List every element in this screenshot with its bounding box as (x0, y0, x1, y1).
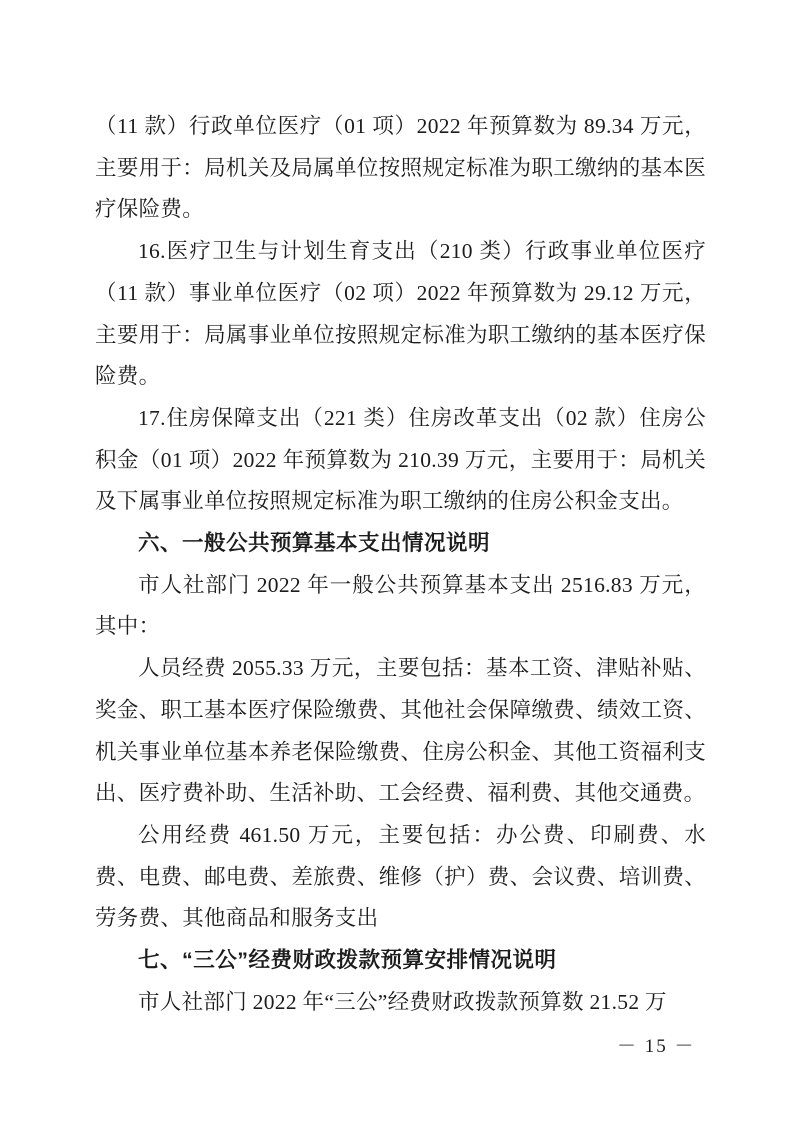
heading-section-7-three-public-funds: 七、“三公”经费财政拨款预算安排情况说明 (95, 940, 706, 982)
para-item16-medical-expenditure: 16.医疗卫生与计划生育支出（210 类）行政事业单位医疗（11 款）事业单位医… (95, 231, 706, 398)
document-body: （11 款）行政单位医疗（01 项）2022 年预算数为 89.34 万元，主要… (95, 106, 706, 1023)
para-item17-housing-expenditure: 17.住房保障支出（221 类）住房改革支出（02 款）住房公积金（01 项）2… (95, 398, 706, 523)
para-public-operating-funds: 公用经费 461.50 万元，主要包括：办公费、印刷费、水费、电费、邮电费、差旅… (95, 815, 706, 940)
heading-section-6-basic-expenditure: 六、一般公共预算基本支出情况说明 (95, 523, 706, 565)
para-item15-continuation: （11 款）行政单位医疗（01 项）2022 年预算数为 89.34 万元，主要… (95, 106, 706, 231)
para-three-public-funds-budget: 市人社部门 2022 年“三公”经费财政拨款预算数 21.52 万 (95, 982, 706, 1024)
document-page: （11 款）行政单位医疗（01 项）2022 年预算数为 89.34 万元，主要… (0, 0, 793, 1122)
page-number: － 15 － (617, 1031, 696, 1058)
para-personnel-funds: 人员经费 2055.33 万元，主要包括：基本工资、津贴补贴、奖金、职工基本医疗… (95, 648, 706, 815)
para-basic-expenditure-total: 市人社部门 2022 年一般公共预算基本支出 2516.83 万元，其中： (95, 565, 706, 648)
